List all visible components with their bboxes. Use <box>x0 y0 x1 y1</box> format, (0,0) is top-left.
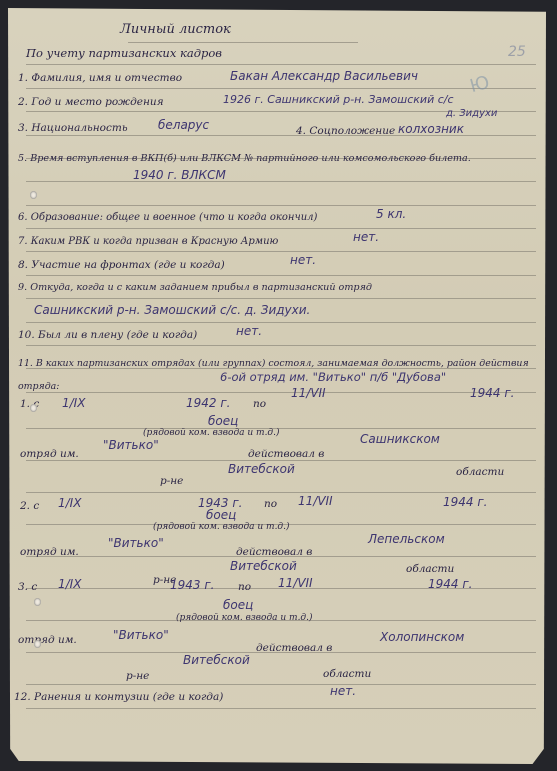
service-region: Витебской <box>183 653 250 667</box>
service-from-year: 1942 г. <box>186 396 230 410</box>
ruled-line <box>26 275 536 276</box>
ruled-line <box>26 428 536 429</box>
ruled-line <box>26 322 536 323</box>
service-role-hint: (рядовой ком. взвода и т.д.) <box>176 613 313 623</box>
service-to-year: 1944 г. <box>443 495 487 509</box>
service-region-suffix: области <box>406 563 454 575</box>
service-region-suffix: области <box>323 668 371 680</box>
field-label-birth: 2. Год и место рождения <box>18 96 164 108</box>
field-value-wounds: нет. <box>330 684 356 698</box>
field-value-draft: нет. <box>353 230 379 244</box>
service-region-suffix: области <box>456 466 504 478</box>
service-acted-label: действовал в <box>256 642 332 654</box>
binder-hole <box>34 598 41 606</box>
service-unit-label: отряд им. <box>20 546 79 558</box>
service-to-year: 1944 г. <box>428 577 472 591</box>
field-value-arrival: Сашникский р-н. Замошский с/с. д. Зидухи… <box>34 303 310 317</box>
field-label-front: 8. Участие на фронтах (где и когда) <box>18 259 225 271</box>
ruled-line <box>26 460 536 461</box>
service-from-date: 1/IX <box>58 577 81 591</box>
service-role: боец <box>223 598 253 612</box>
service-district: Сашникском <box>360 432 440 446</box>
service-to-date: 11/VII <box>298 494 333 508</box>
service-num: 2. с <box>20 500 39 512</box>
service-role-hint: (рядовой ком. взвода и т.д.) <box>143 428 280 438</box>
field-label-party: 5. Время вступления в ВКП(б) или ВЛКСМ №… <box>18 148 538 170</box>
service-region: Витебской <box>230 559 297 573</box>
field-value-education: 5 кл. <box>376 207 406 221</box>
service-acted-label: действовал в <box>248 448 324 460</box>
field-label-social: 4. Соцположение <box>296 125 395 137</box>
service-to-date: 11/VII <box>291 386 326 400</box>
service-district: Холопинском <box>380 630 464 644</box>
service-role: боец <box>206 508 236 522</box>
field-label-name: 1. Фамилия, имя и отчество <box>18 72 182 84</box>
binder-hole <box>30 404 37 412</box>
field-value-birth: 1926 г. Сашникский р-н. Замошский с/с <box>223 93 454 106</box>
service-from-year: 1943 г. <box>170 578 214 592</box>
binder-hole <box>34 640 41 648</box>
field-label-draft: 7. Каким РВК и когда призван в Красную А… <box>18 236 278 247</box>
field-label-nationality: 3. Национальность <box>18 122 128 134</box>
page-number: 25 <box>508 44 526 60</box>
ruled-line <box>26 345 536 346</box>
service-region: Витебской <box>228 462 295 476</box>
service-region-prefix: р-не <box>160 475 183 487</box>
field-value-party: 1940 г. ВЛКСМ <box>133 168 226 182</box>
field-value-nationality: беларус <box>158 118 209 132</box>
ruled-line <box>26 64 536 65</box>
ruled-line <box>26 251 536 252</box>
field-value-captivity: нет. <box>236 324 262 338</box>
service-num: 3. с <box>18 581 37 593</box>
field-value-name: Бакан Александр Васильевич <box>230 69 418 83</box>
field-value-birth-village: д. Зидухи <box>446 108 497 119</box>
field-value-front: нет. <box>290 253 316 267</box>
service-unit-label: отряд им. <box>18 634 77 646</box>
title-underline <box>128 42 358 43</box>
service-role-hint: (рядовой ком. взвода и т.д.) <box>153 522 290 532</box>
document-sheet: 25 Ю Личный листок По учету партизанских… <box>8 8 546 764</box>
ruled-line <box>26 492 536 493</box>
field-label-wounds: 12. Ранения и контузии (где и когда) <box>14 691 223 703</box>
service-unit: "Витько" <box>108 536 164 550</box>
field-label-arrival: 9. Откуда, когда и с каким заданием приб… <box>18 282 372 293</box>
service-district: Лепельском <box>368 532 445 546</box>
field-value-detachments: 6-ой отряд им. "Витько" п/б "Дубова" <box>220 370 446 384</box>
field-label-education: 6. Образование: общее и военное (что и к… <box>18 212 317 223</box>
ruled-line <box>26 88 536 89</box>
document-title: Личный листок <box>120 22 231 37</box>
ruled-line <box>26 205 536 206</box>
service-from-date: 1/IX <box>62 396 85 410</box>
service-to-date: 11/VII <box>278 576 313 590</box>
binder-hole <box>30 191 37 199</box>
field-value-social: колхозник <box>398 122 464 136</box>
service-to-label: по <box>238 581 251 593</box>
service-to-year: 1944 г. <box>470 386 514 400</box>
ruled-line <box>26 298 536 299</box>
service-role: боец <box>208 414 238 428</box>
ruled-line <box>26 181 536 182</box>
ruled-line <box>26 708 536 709</box>
service-unit: "Витько" <box>113 628 169 642</box>
ruled-line <box>26 228 536 229</box>
archive-stamp: Ю <box>468 72 492 97</box>
ruled-line <box>26 684 536 685</box>
service-from-date: 1/IX <box>58 496 81 510</box>
service-to-label: по <box>253 398 266 410</box>
document-subtitle: По учету партизанских кадров <box>26 46 222 60</box>
field-label-captivity: 10. Был ли в плену (где и когда) <box>18 329 197 341</box>
service-acted-label: действовал в <box>236 546 312 558</box>
service-unit-label: отряд им. <box>20 448 79 460</box>
service-to-label: по <box>264 498 277 510</box>
service-unit: "Витько" <box>103 438 159 452</box>
service-region-prefix: р-не <box>126 670 149 682</box>
